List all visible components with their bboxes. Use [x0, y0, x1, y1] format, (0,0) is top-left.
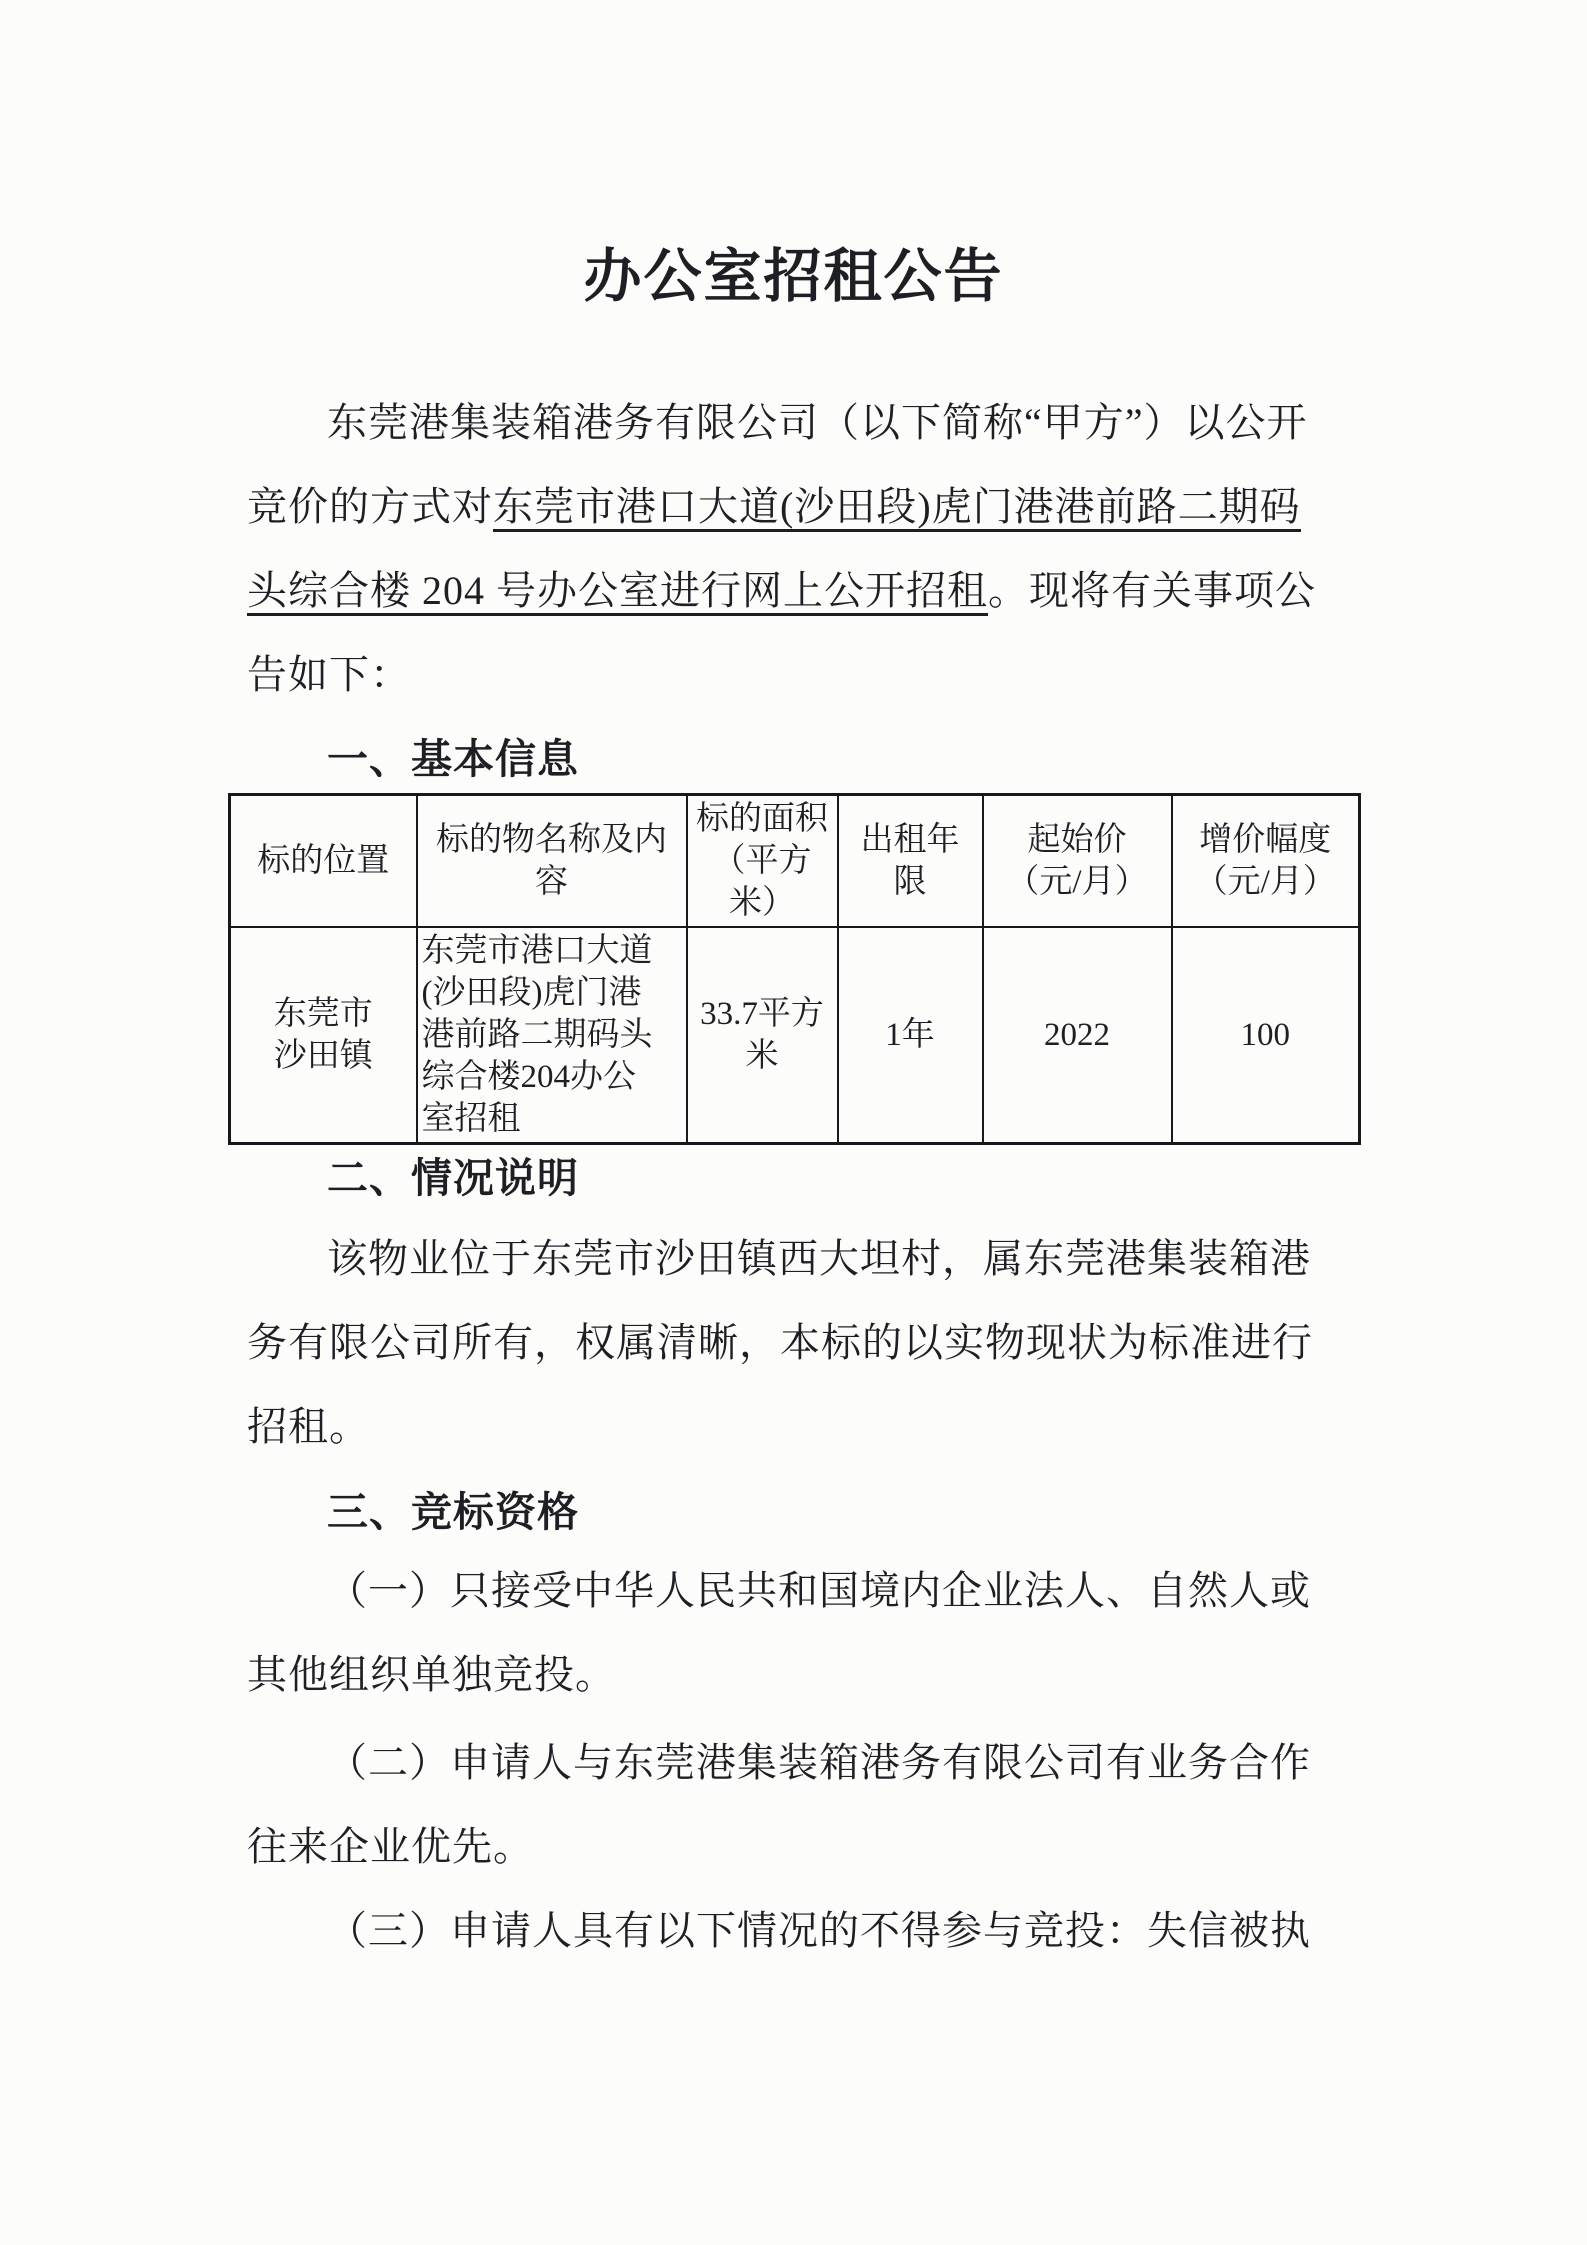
text-line: 招租。 [247, 1385, 1363, 1469]
header-cell-name: 标的物名称及内 容 [417, 795, 687, 928]
text-segment: （一）只接受中华人民共和国境内企业法人、自然人或 [327, 1568, 1311, 1613]
text-line: （二）申请人与东莞港集装箱港务有限公司有业务合作 [247, 1721, 1363, 1805]
text-line: 该物业位于东莞市沙田镇西大坦村，属东莞港集装箱港 [247, 1217, 1363, 1301]
text-segment: 告如下： [247, 652, 411, 697]
cell-name: 东莞市港口大道 (沙田段)虎门港 港前路二期码头 综合楼204办公 室招租 [417, 927, 687, 1144]
table-data-row: 东莞市 沙田镇 东莞市港口大道 (沙田段)虎门港 港前路二期码头 综合楼204办… [230, 927, 1360, 1144]
situation-paragraph: 该物业位于东莞市沙田镇西大坦村，属东莞港集装箱港务有限公司所有，权属清晰，本标的… [247, 1217, 1363, 1469]
text-segment: 该物业位于东莞市沙田镇西大坦村，属东莞港集装箱港 [327, 1236, 1311, 1281]
text-segment: 其他组织单独竞投。 [247, 1652, 616, 1697]
section-heading-qualification: 三、竞标资格 [247, 1470, 1363, 1554]
underlined-text: 头综合楼 204 号办公室进行网上公开招租 [247, 568, 988, 616]
text-segment: 往来企业优先。 [247, 1824, 534, 1869]
text-line: 往来企业优先。 [247, 1805, 1363, 1889]
qualification-item-1: （一）只接受中华人民共和国境内企业法人、自然人或其他组织单独竞投。 [247, 1549, 1363, 1717]
document-page: 办公室招租公告 东莞港集装箱港务有限公司（以下简称“甲方”）以公开竞价的方式对东… [0, 0, 1587, 2245]
text-line: （三）申请人具有以下情况的不得参与竞投：失信被执 [247, 1889, 1363, 1973]
cell-area: 33.7平方 米 [687, 927, 838, 1144]
intro-paragraph: 东莞港集装箱港务有限公司（以下简称“甲方”）以公开竞价的方式对东莞市港口大道(沙… [247, 381, 1363, 717]
text-line: 竞价的方式对东莞市港口大道(沙田段)虎门港港前路二期码 [247, 465, 1363, 549]
text-line: 头综合楼 204 号办公室进行网上公开招租。现将有关事项公 [247, 549, 1363, 633]
header-cell-start-price: 起始价 （元/月） [983, 795, 1172, 928]
cell-increment: 100 [1172, 927, 1360, 1144]
text-segment: 东莞港集装箱港务有限公司（以下简称“甲方”）以公开 [327, 400, 1308, 445]
basic-info-table: 标的位置 标的物名称及内 容 标的面积 （平方 米） 出租年 限 起始价 （元/… [228, 793, 1361, 1145]
header-cell-location: 标的位置 [230, 795, 417, 928]
header-cell-area: 标的面积 （平方 米） [687, 795, 838, 928]
text-line: 东莞港集装箱港务有限公司（以下简称“甲方”）以公开 [247, 381, 1363, 465]
text-segment: 。现将有关事项公 [988, 568, 1316, 613]
header-cell-term: 出租年 限 [838, 795, 983, 928]
document-title: 办公室招租公告 [0, 242, 1587, 312]
header-cell-increment: 增价幅度 （元/月） [1172, 795, 1360, 928]
text-segment: 招租。 [247, 1404, 370, 1449]
text-line: 务有限公司所有，权属清晰，本标的以实物现状为标准进行 [247, 1301, 1363, 1385]
cell-start-price: 2022 [983, 927, 1172, 1144]
qualification-item-3: （三）申请人具有以下情况的不得参与竞投：失信被执 [247, 1889, 1363, 1973]
text-segment: （二）申请人与东莞港集装箱港务有限公司有业务合作 [327, 1740, 1311, 1785]
cell-term: 1年 [838, 927, 983, 1144]
section-heading-situation: 二、情况说明 [247, 1136, 1363, 1220]
text-segment: （三）申请人具有以下情况的不得参与竞投：失信被执 [327, 1908, 1311, 1953]
text-line: 其他组织单独竞投。 [247, 1633, 1363, 1717]
text-segment: 竞价的方式对 [247, 484, 493, 529]
section-heading-basic-info: 一、基本信息 [247, 717, 1363, 801]
qualification-item-2: （二）申请人与东莞港集装箱港务有限公司有业务合作往来企业优先。 [247, 1721, 1363, 1889]
text-line: 告如下： [247, 633, 1363, 717]
underlined-text: 东莞市港口大道(沙田段)虎门港港前路二期码 [493, 484, 1301, 532]
text-line: （一）只接受中华人民共和国境内企业法人、自然人或 [247, 1549, 1363, 1633]
table-header-row: 标的位置 标的物名称及内 容 标的面积 （平方 米） 出租年 限 起始价 （元/… [230, 795, 1360, 928]
text-segment: 务有限公司所有，权属清晰，本标的以实物现状为标准进行 [247, 1320, 1313, 1365]
cell-location: 东莞市 沙田镇 [230, 927, 417, 1144]
